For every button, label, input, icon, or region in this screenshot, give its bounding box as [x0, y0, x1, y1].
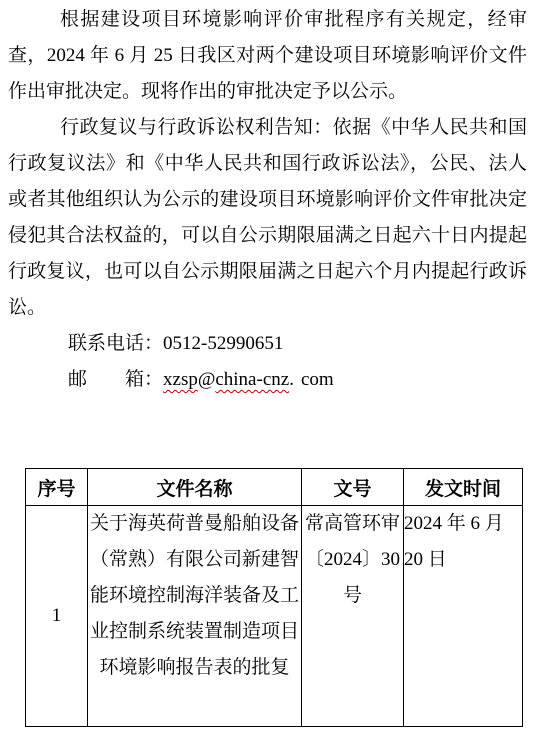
- cell-doc-number: 常高管环审〔2024〕30 号: [302, 506, 404, 727]
- contact-email-line: 邮 箱：xzsp@china-cnz.com: [8, 362, 527, 398]
- cell-seq: 1: [26, 506, 88, 727]
- email-user: xzsp: [163, 369, 198, 390]
- cell-issue-date: 2024 年 6 月 20 日: [404, 506, 523, 727]
- contact-phone-line: 联系电话：0512-52990651: [8, 326, 527, 362]
- paragraph-rights-notice: 行政复议与行政诉讼权利告知：依据《中华人民共和国行政复议法》和《中华人民共和国行…: [8, 110, 527, 326]
- header-issue-date: 发文时间: [404, 469, 523, 506]
- header-seq: 序号: [26, 469, 88, 506]
- header-doc-number: 文号: [302, 469, 404, 506]
- table-header-row: 序号 文件名称 文号 发文时间: [26, 469, 523, 506]
- email-address: xzsp@china-cnz.com: [163, 369, 334, 390]
- cell-file-name: 关于海英荷普曼船舶设备（常熟）有限公司新建智能环境控制海洋装备及工业控制系统装置…: [88, 506, 302, 727]
- email-label: 邮 箱：: [68, 369, 163, 390]
- phone-number: 0512-52990651: [163, 333, 283, 354]
- phone-label: 联系电话：: [68, 333, 163, 354]
- announcement-document: 根据建设项目环境影响评价审批程序有关规定，经审查，2024 年 6 月 25 日…: [0, 0, 549, 751]
- email-tld: com: [301, 369, 334, 390]
- header-file-name: 文件名称: [88, 469, 302, 506]
- email-dot: .: [289, 369, 301, 390]
- table-row: 1 关于海英荷普曼船舶设备（常熟）有限公司新建智能环境控制海洋装备及工业控制系统…: [26, 506, 523, 727]
- email-domain: china-cnz: [215, 369, 289, 390]
- email-at-sign: @: [198, 369, 216, 390]
- approval-table: 序号 文件名称 文号 发文时间 1 关于海英荷普曼船舶设备（常熟）有限公司新建智…: [25, 468, 523, 727]
- paragraph-intro: 根据建设项目环境影响评价审批程序有关规定，经审查，2024 年 6 月 25 日…: [8, 2, 527, 110]
